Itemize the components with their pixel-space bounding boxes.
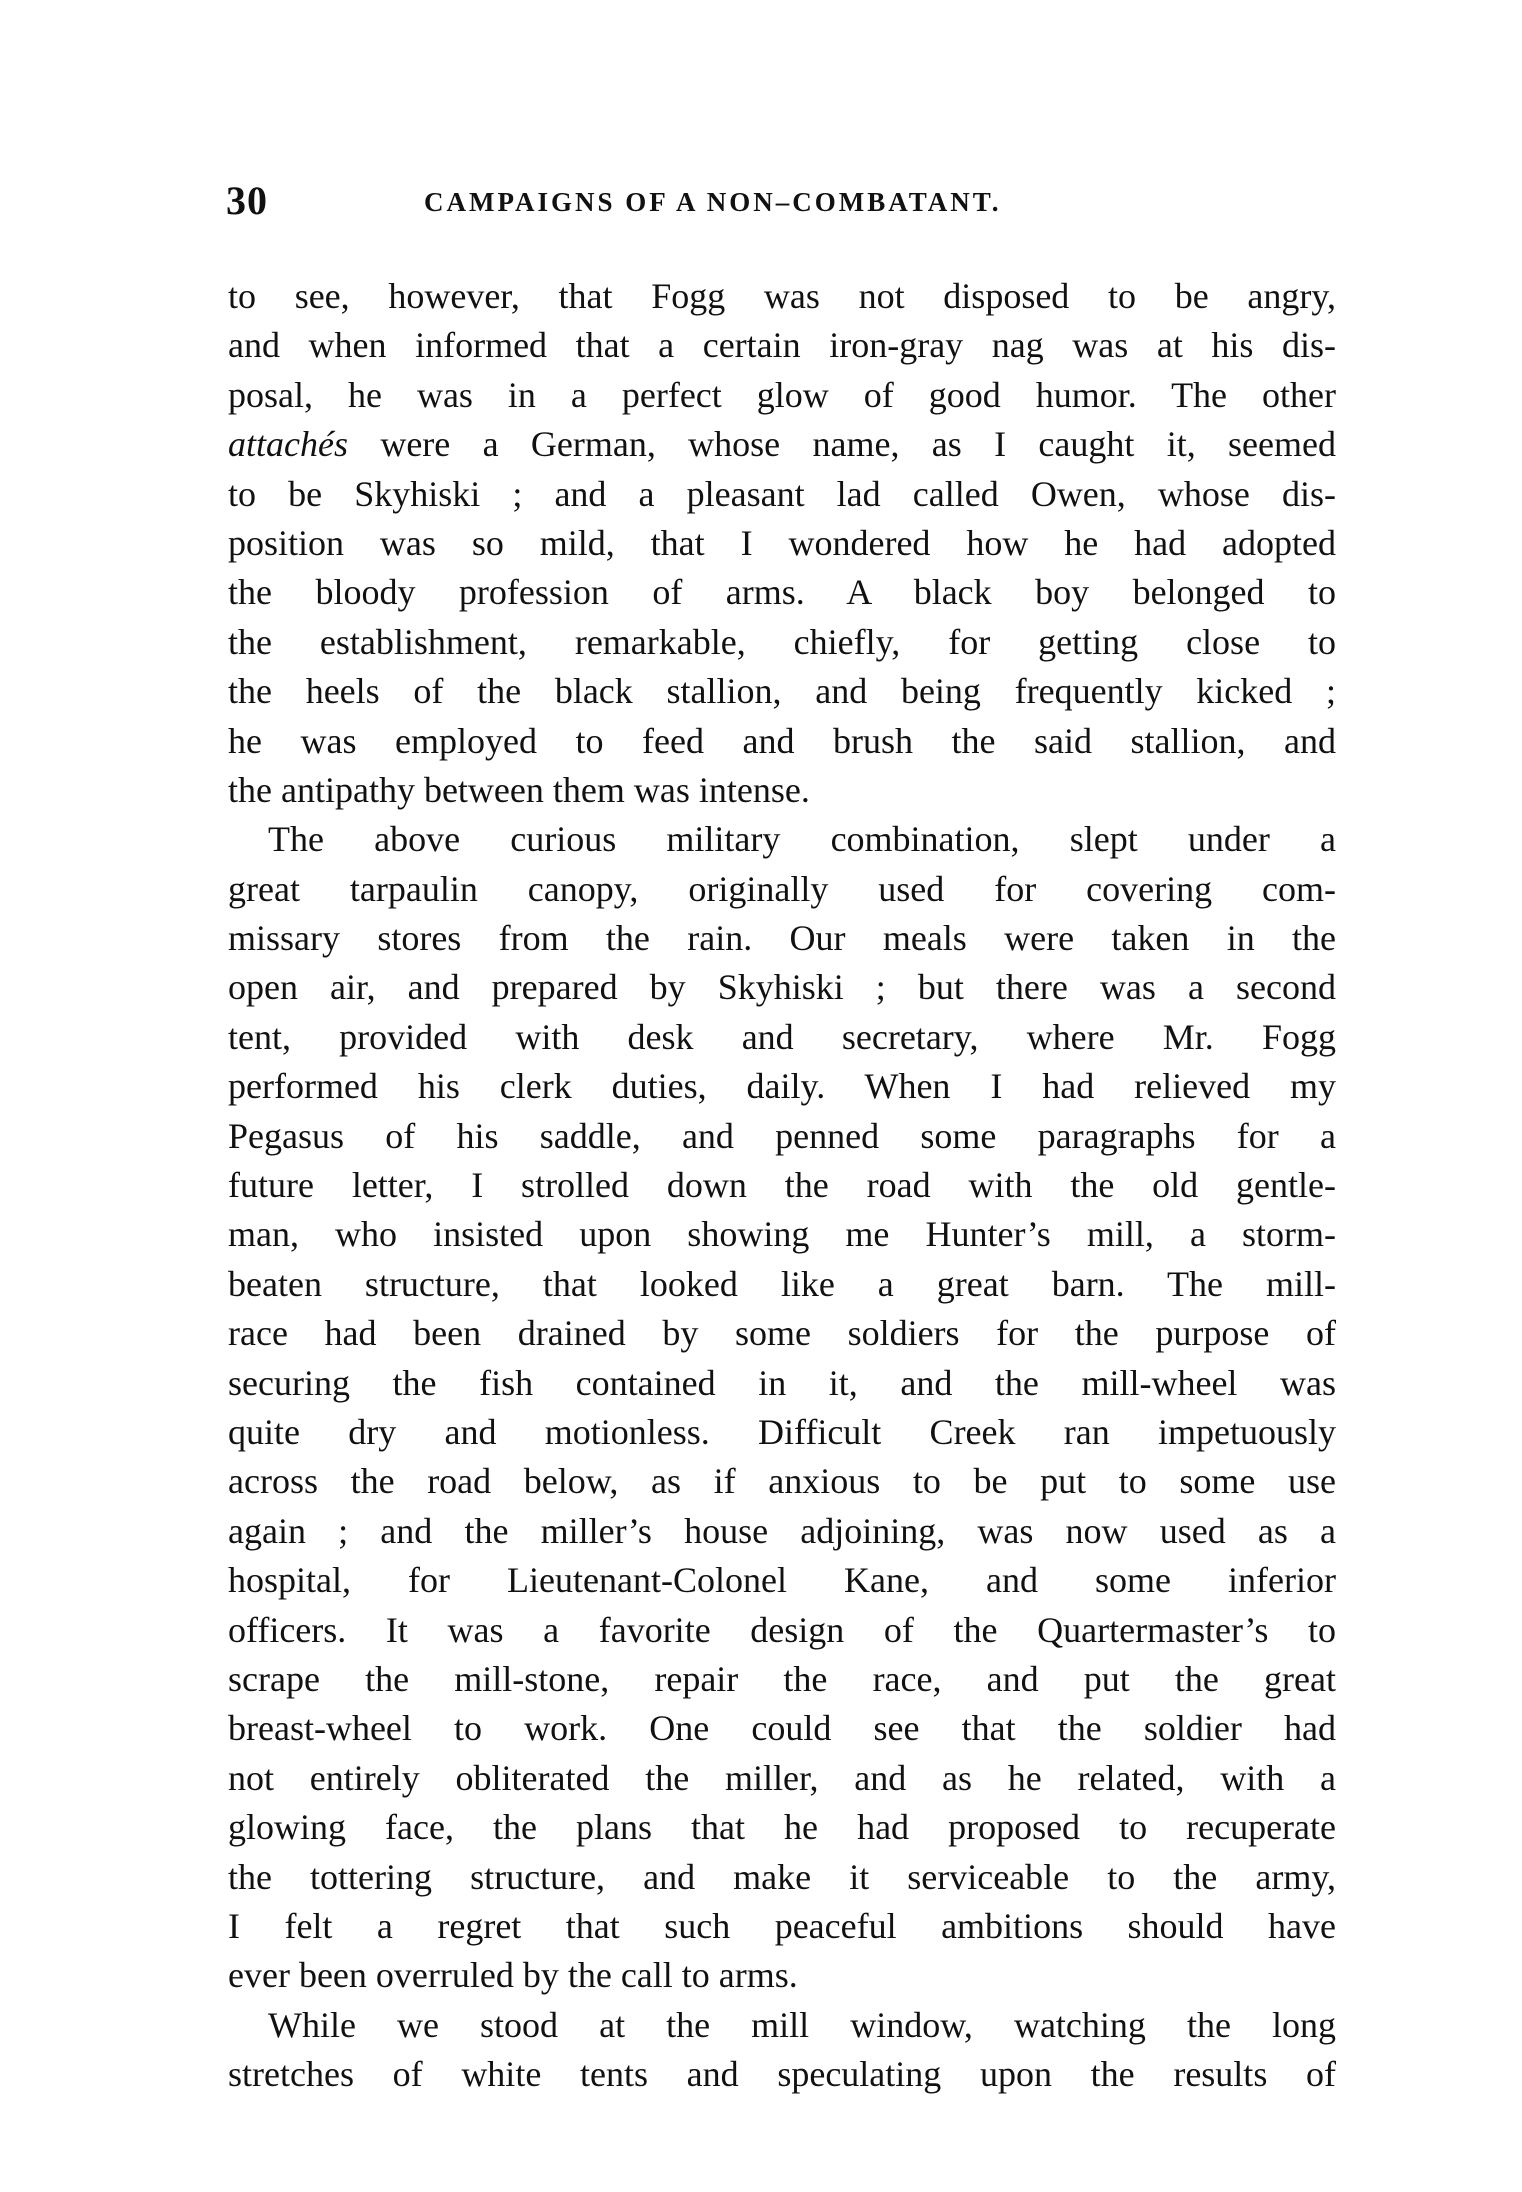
text-line: stretches of white tents and speculating… bbox=[228, 2050, 1336, 2099]
text-line: again ; and the miller’s house adjoining… bbox=[228, 1507, 1336, 1556]
paragraph-start-line: The above curious military combination, … bbox=[228, 815, 1336, 864]
text-line: quite dry and motionless. Difficult Cree… bbox=[228, 1408, 1336, 1457]
text-line: glowing face, the plans that he had prop… bbox=[228, 1803, 1336, 1852]
text-line: the bloody profession of arms. A black b… bbox=[228, 568, 1336, 617]
text-line: future letter, I strolled down the road … bbox=[228, 1161, 1336, 1210]
text-line: beaten structure, that looked like a gre… bbox=[228, 1260, 1336, 1309]
text-line: performed his clerk duties, daily. When … bbox=[228, 1062, 1336, 1111]
text-line: he was employed to feed and brush the sa… bbox=[228, 717, 1336, 766]
paragraph-start-line: While we stood at the mill window, watch… bbox=[228, 2001, 1336, 2050]
text-line: Pegasus of his saddle, and penned some p… bbox=[228, 1112, 1336, 1161]
text-line: breast-wheel to work. One could see that… bbox=[228, 1704, 1336, 1753]
text-line: securing the fish contained in it, and t… bbox=[228, 1359, 1336, 1408]
text-line: the establishment, remarkable, chiefly, … bbox=[228, 618, 1336, 667]
text-line: posal, he was in a perfect glow of good … bbox=[228, 371, 1336, 420]
text-line: across the road below, as if anxious to … bbox=[228, 1457, 1336, 1506]
text-line: tent, provided with desk and secretary, … bbox=[228, 1013, 1336, 1062]
text-line: to see, however, that Fogg was not dispo… bbox=[228, 272, 1336, 321]
page-number: 30 bbox=[226, 176, 268, 226]
text-line: missary stores from the rain. Our meals … bbox=[228, 914, 1336, 963]
text-line: scrape the mill-stone, repair the race, … bbox=[228, 1655, 1336, 1704]
paragraph-end-line: ever been overruled by the call to arms. bbox=[228, 1951, 1336, 2000]
book-page: 30 CAMPAIGNS OF A NON–COMBATANT. to see,… bbox=[0, 0, 1522, 2192]
running-head: 30 CAMPAIGNS OF A NON–COMBATANT. bbox=[226, 176, 1336, 226]
text-line: hospital, for Lieutenant-Colonel Kane, a… bbox=[228, 1556, 1336, 1605]
text-line: the heels of the black stallion, and bei… bbox=[228, 667, 1336, 716]
text-line: race had been drained by some soldiers f… bbox=[228, 1309, 1336, 1358]
running-title: CAMPAIGNS OF A NON–COMBATANT. bbox=[424, 182, 1002, 222]
text-line: and when informed that a certain iron-gr… bbox=[228, 321, 1336, 370]
text-line: to be Skyhiski ; and a pleasant lad call… bbox=[228, 470, 1336, 519]
text-line: officers. It was a favorite design of th… bbox=[228, 1606, 1336, 1655]
text-fragment: were a German, whose name, as I caught i… bbox=[348, 424, 1336, 464]
text-line: I felt a regret that such peaceful ambit… bbox=[228, 1902, 1336, 1951]
text-line: position was so mild, that I wondered ho… bbox=[228, 519, 1336, 568]
text-line: the tottering structure, and make it ser… bbox=[228, 1853, 1336, 1902]
paragraph-end-line: the antipathy between them was intense. bbox=[228, 766, 1336, 815]
text-line: great tarpaulin canopy, originally used … bbox=[228, 865, 1336, 914]
text-line: not entirely obliterated the miller, and… bbox=[228, 1754, 1336, 1803]
text-line: open air, and prepared by Skyhiski ; but… bbox=[228, 963, 1336, 1012]
italic-word: attachés bbox=[228, 424, 348, 464]
text-line: man, who insisted upon showing me Hunter… bbox=[228, 1210, 1336, 1259]
body-text: to see, however, that Fogg was not dispo… bbox=[228, 272, 1336, 2099]
text-line: attachés were a German, whose name, as I… bbox=[228, 420, 1336, 469]
